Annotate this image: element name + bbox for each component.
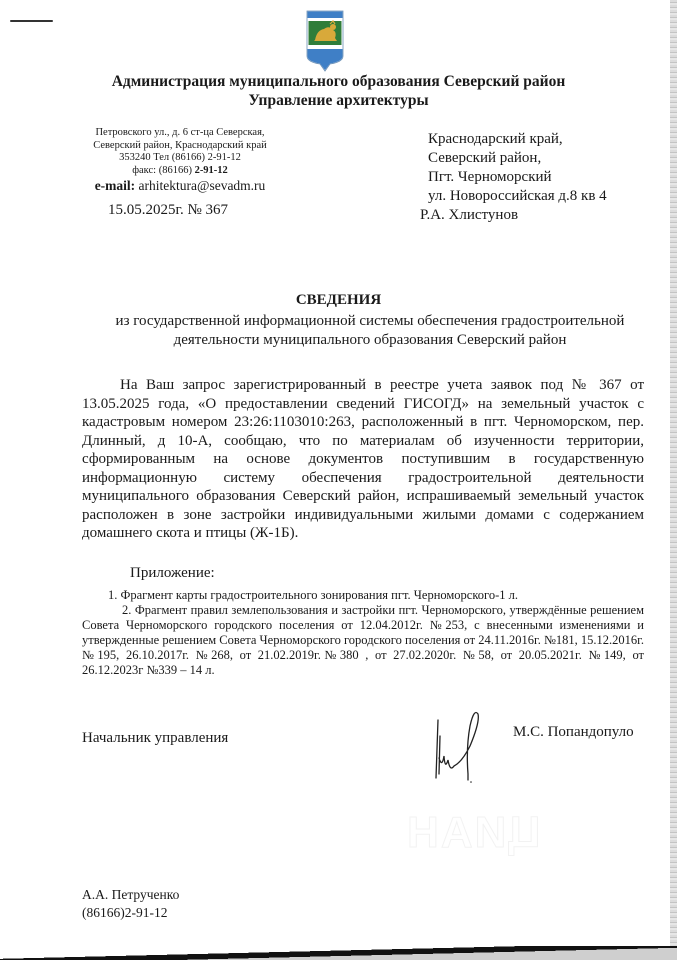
handwritten-signature-icon: [430, 708, 490, 788]
recipient-line: ул. Новороссийская д.8 кв 4: [420, 187, 607, 206]
executor-phone: (86166)2-91-12: [82, 904, 179, 922]
scan-right-edge: [670, 0, 677, 960]
document-subtitle: из государственной информационной систем…: [80, 312, 660, 350]
recipient-line: Северский район,: [420, 149, 607, 168]
scan-bottom-edge: [0, 946, 677, 960]
coat-of-arms-icon: [306, 10, 344, 72]
executor-block: А.А. Петрученко (86166)2-91-12: [82, 886, 179, 922]
watermark: ЦИАН: [405, 808, 540, 858]
document-body: На Ваш запрос зарегистрированный в реест…: [82, 376, 644, 543]
signer-name: М.С. Попандопуло: [513, 724, 634, 741]
outgoing-date-number: 15.05.2025г. № 367: [108, 202, 228, 219]
sender-fax: факс: (86166) 2-91-12: [60, 165, 300, 178]
recipient-block: Краснодарский край, Северский район, Пгт…: [420, 130, 607, 225]
fax-label: факс: (86166): [132, 165, 194, 176]
sender-address-line: 353240 Тел (86166) 2-91-12: [60, 152, 300, 165]
sender-address-block: Петровского ул., д. 6 ст-ца Северская, С…: [60, 127, 300, 195]
recipient-name: Р.А. Хлистунов: [420, 206, 607, 225]
sender-email: e-mail: arhitektura@sevadm.ru: [60, 177, 300, 195]
document-title: СВЕДЕНИЯ: [0, 292, 677, 309]
appendix-list: 1. Фрагмент карты градостроительного зон…: [82, 588, 644, 678]
subtitle-line: из государственной информационной систем…: [80, 312, 660, 331]
organization-name: Администрация муниципального образования…: [0, 72, 677, 91]
appendix-item: 1. Фрагмент карты градостроительного зон…: [82, 588, 644, 603]
sender-address-line: Северский район, Краснодарский край: [60, 140, 300, 153]
appendix-label: Приложение:: [130, 565, 215, 582]
executor-name: А.А. Петрученко: [82, 886, 179, 904]
email-label: e-mail:: [95, 178, 135, 193]
scan-corner-mark: [10, 20, 53, 22]
organization-header: Администрация муниципального образования…: [0, 72, 677, 110]
fax-value: 2-91-12: [195, 165, 228, 176]
subtitle-line: деятельности муниципального образования …: [80, 331, 660, 350]
signer-position: Начальник управления: [82, 730, 228, 747]
appendix-item: 2. Фрагмент правил землепользования и за…: [82, 603, 644, 678]
recipient-line: Пгт. Черноморский: [420, 168, 607, 187]
department-name: Управление архитектуры: [0, 91, 677, 110]
sender-address-line: Петровского ул., д. 6 ст-ца Северская,: [60, 127, 300, 140]
email-value[interactable]: arhitektura@sevadm.ru: [135, 178, 265, 193]
recipient-line: Краснодарский край,: [420, 130, 607, 149]
